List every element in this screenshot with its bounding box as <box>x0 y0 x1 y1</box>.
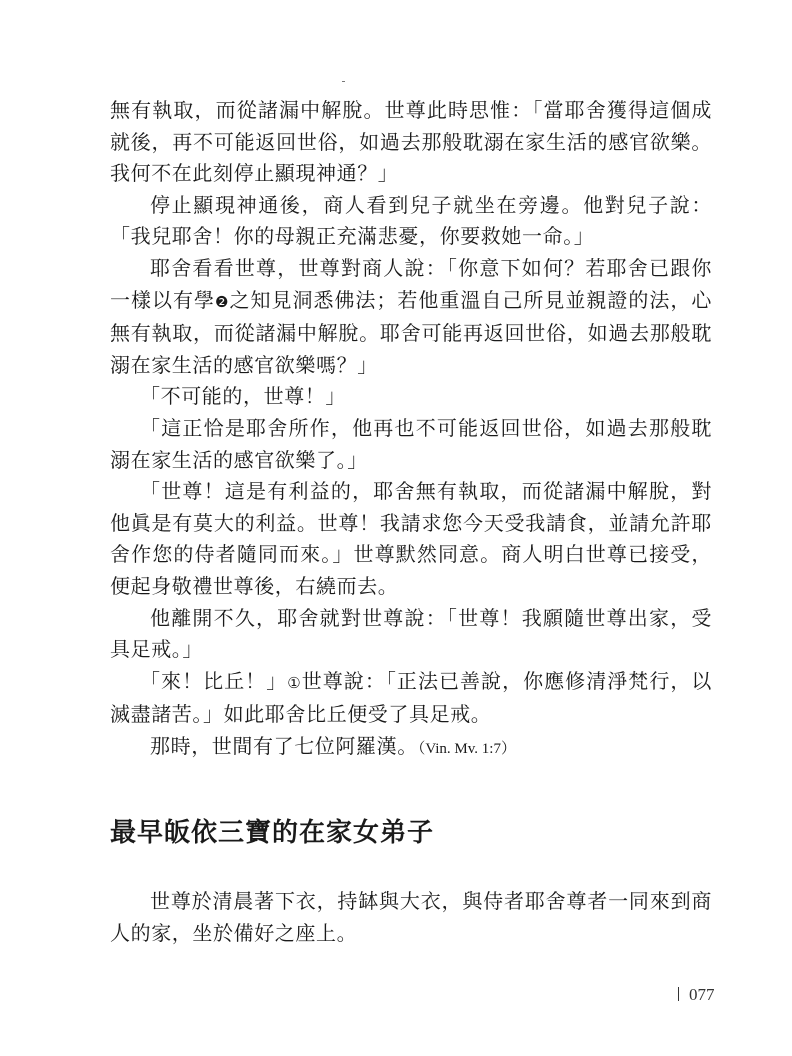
page-number-divider <box>678 987 679 1001</box>
citation: （Vin. Mv. 1:7） <box>418 741 516 757</box>
book-page: 無有執取，而從諸漏中解脫。世尊此時思惟：「當耶舍獲得這個成就後，再不可能返回世俗… <box>0 0 792 1056</box>
paragraph-2: 停止顯現神通後，商人看到兒子就坐在旁邊。他對兒子說：「我兒耶舍！你的母親正充滿悲… <box>110 190 712 253</box>
scan-speck <box>342 81 345 82</box>
paragraph-4: 「不可能的，世尊！」 <box>110 381 712 413</box>
paragraph-8: 「來！比丘！」①世尊說：「正法已善說，你應修清淨梵行，以滅盡諸苦。」如此耶舍比丘… <box>110 666 712 731</box>
footnote-marker-2: ❷ <box>215 293 229 311</box>
section-paragraph-1: 世尊於清晨著下衣，持缽與大衣，與侍者耶舍尊者一同來到商人的家，坐於備好之座上。 <box>110 886 712 949</box>
paragraph-6: 「世尊！這是有利益的，耶舍無有執取，而從諸漏中解脫，對他眞是有莫大的利益。世尊！… <box>110 476 712 602</box>
paragraph-8-part-1: 「來！比丘！」 <box>140 669 287 693</box>
section-text-block: 世尊於清晨著下衣，持缽與大衣，與侍者耶舍尊者一同來到商人的家，坐於備好之座上。 <box>110 886 712 949</box>
page-number: 077 <box>678 985 715 1005</box>
paragraph-9-text: 那時，世間有了七位阿羅漢。 <box>150 734 418 758</box>
paragraph-9: 那時，世間有了七位阿羅漢。（Vin. Mv. 1:7） <box>110 731 712 766</box>
paragraph-7: 他離開不久，耶舍就對世尊說：「世尊！我願隨世尊出家，受具足戒。」 <box>110 603 712 666</box>
paragraph-3: 耶舍看看世尊，世尊對商人說：「你意下如何？若耶舍已跟你一樣以有學❷之知見洞悉佛法… <box>110 253 712 381</box>
main-text-block: 無有執取，而從諸漏中解脫。世尊此時思惟：「當耶舍獲得這個成就後，再不可能返回世俗… <box>110 95 712 765</box>
paragraph-1: 無有執取，而從諸漏中解脫。世尊此時思惟：「當耶舍獲得這個成就後，再不可能返回世俗… <box>110 95 712 190</box>
section-heading: 最早皈依三寶的在家女弟子 <box>110 812 434 849</box>
page-number-value: 077 <box>689 985 715 1004</box>
paragraph-5: 「這正恰是耶舍所作，他再也不可能返回世俗，如過去那般耽溺在家生活的感官欲樂了。」 <box>110 413 712 476</box>
footnote-marker-1: ① <box>287 674 301 692</box>
